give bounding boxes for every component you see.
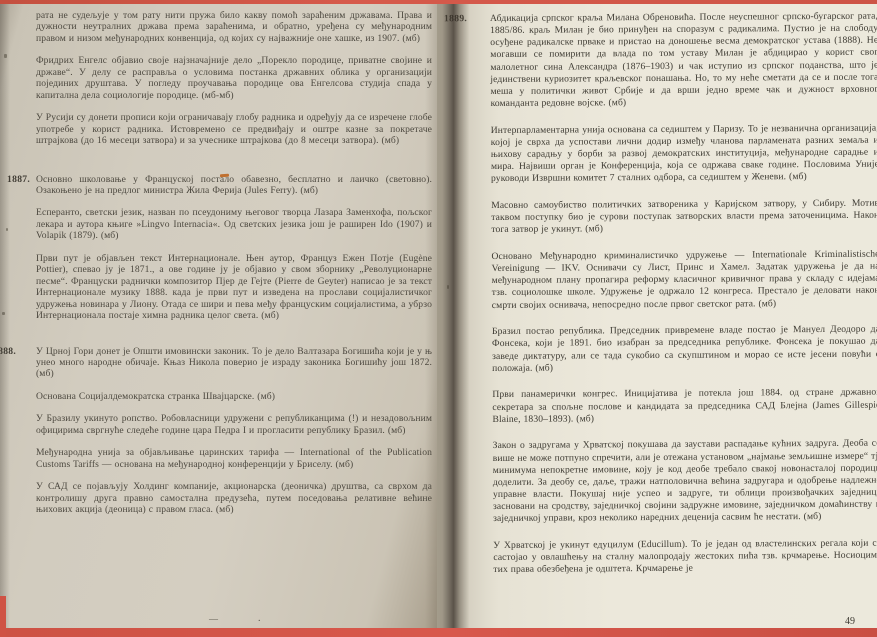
entry-paragraph: Фридрих Енгелс објавио своје најзначајни…	[36, 55, 432, 101]
entry-paragraph: Закон о задругама у Хрватској покушава д…	[493, 438, 877, 525]
entry-paragraph: У Црној Гори донет је Општи имовински за…	[36, 346, 432, 380]
entry-paragraph: Бразил постао република. Председник прив…	[492, 324, 877, 375]
entry-paragraph: Први панамерички конгрес. Иницијатива је…	[492, 387, 877, 426]
year-label: 1887.	[7, 174, 30, 185]
entry-paragraph: Есперанто, светски језик, назван по псеу…	[36, 207, 432, 241]
entry-paragraph: Интерпарламентарна унија основана са сед…	[491, 122, 877, 185]
entry-paragraph: рата не судељује у том рату нити пружа б…	[36, 10, 432, 44]
entry-paragraph: Масовно самоубиство политичких затворени…	[491, 198, 877, 237]
scan-edge-top	[0, 0, 877, 4]
right-text-column: 1889. Абдикација српског краља Милана Об…	[490, 11, 877, 591]
entry-paragraph: У Хрватској је укинут едуцилум (Educillu…	[493, 538, 877, 577]
entry-paragraph: Основана Социјалдемократска странка Швај…	[36, 391, 432, 402]
scan-speck	[4, 54, 7, 58]
entry-paragraph: Абдикација српског краља Милана Обренови…	[490, 11, 877, 111]
entry-paragraph: У Бразилу укинуто ропство. Робовласници …	[36, 413, 432, 436]
scan-speck	[6, 228, 8, 231]
scan-speck	[2, 312, 5, 315]
section-1887: 1887. Основно школовање у Француској пос…	[36, 174, 432, 322]
entry-paragraph: У Русији су донети прописи који огранича…	[36, 112, 432, 146]
entry-paragraph: У САД се појављују Холдинг компаније, ак…	[36, 481, 432, 515]
footer-dash-mark: —	[209, 614, 218, 624]
entry-paragraph: Основано Међународно криминалистичко удр…	[491, 249, 877, 312]
entry-paragraph: Основно школовање у Француској постало о…	[36, 174, 432, 197]
entry-paragraph: Међународна унија за објављивање царинск…	[36, 447, 432, 470]
left-page: рата не судељује у том рату нити пружа б…	[0, 4, 437, 629]
ink-mark	[220, 174, 229, 178]
year-label: 1888.	[0, 346, 16, 357]
footer-dot-mark: .	[258, 613, 261, 624]
right-page: 1889. Абдикација српског краља Милана Об…	[437, 4, 877, 629]
page-number: 49	[845, 616, 855, 627]
section-1889: 1889. Абдикација српског краља Милана Об…	[490, 11, 877, 577]
scan-edge-bottom	[0, 628, 877, 637]
entry-paragraph: Први пут је објављен текст Интернационал…	[36, 253, 432, 322]
year-label: 1889.	[444, 13, 467, 24]
scan-edge-corner	[0, 596, 6, 637]
section-undated: рата не судељује у том рату нити пружа б…	[36, 10, 432, 147]
scan-speck	[447, 285, 449, 289]
book-scan: рата не судељује у том рату нити пружа б…	[0, 0, 877, 637]
left-text-column: рата не судељује у том рату нити пружа б…	[36, 10, 432, 527]
section-1888: 1888. У Црној Гори донет је Општи имовин…	[36, 346, 432, 516]
